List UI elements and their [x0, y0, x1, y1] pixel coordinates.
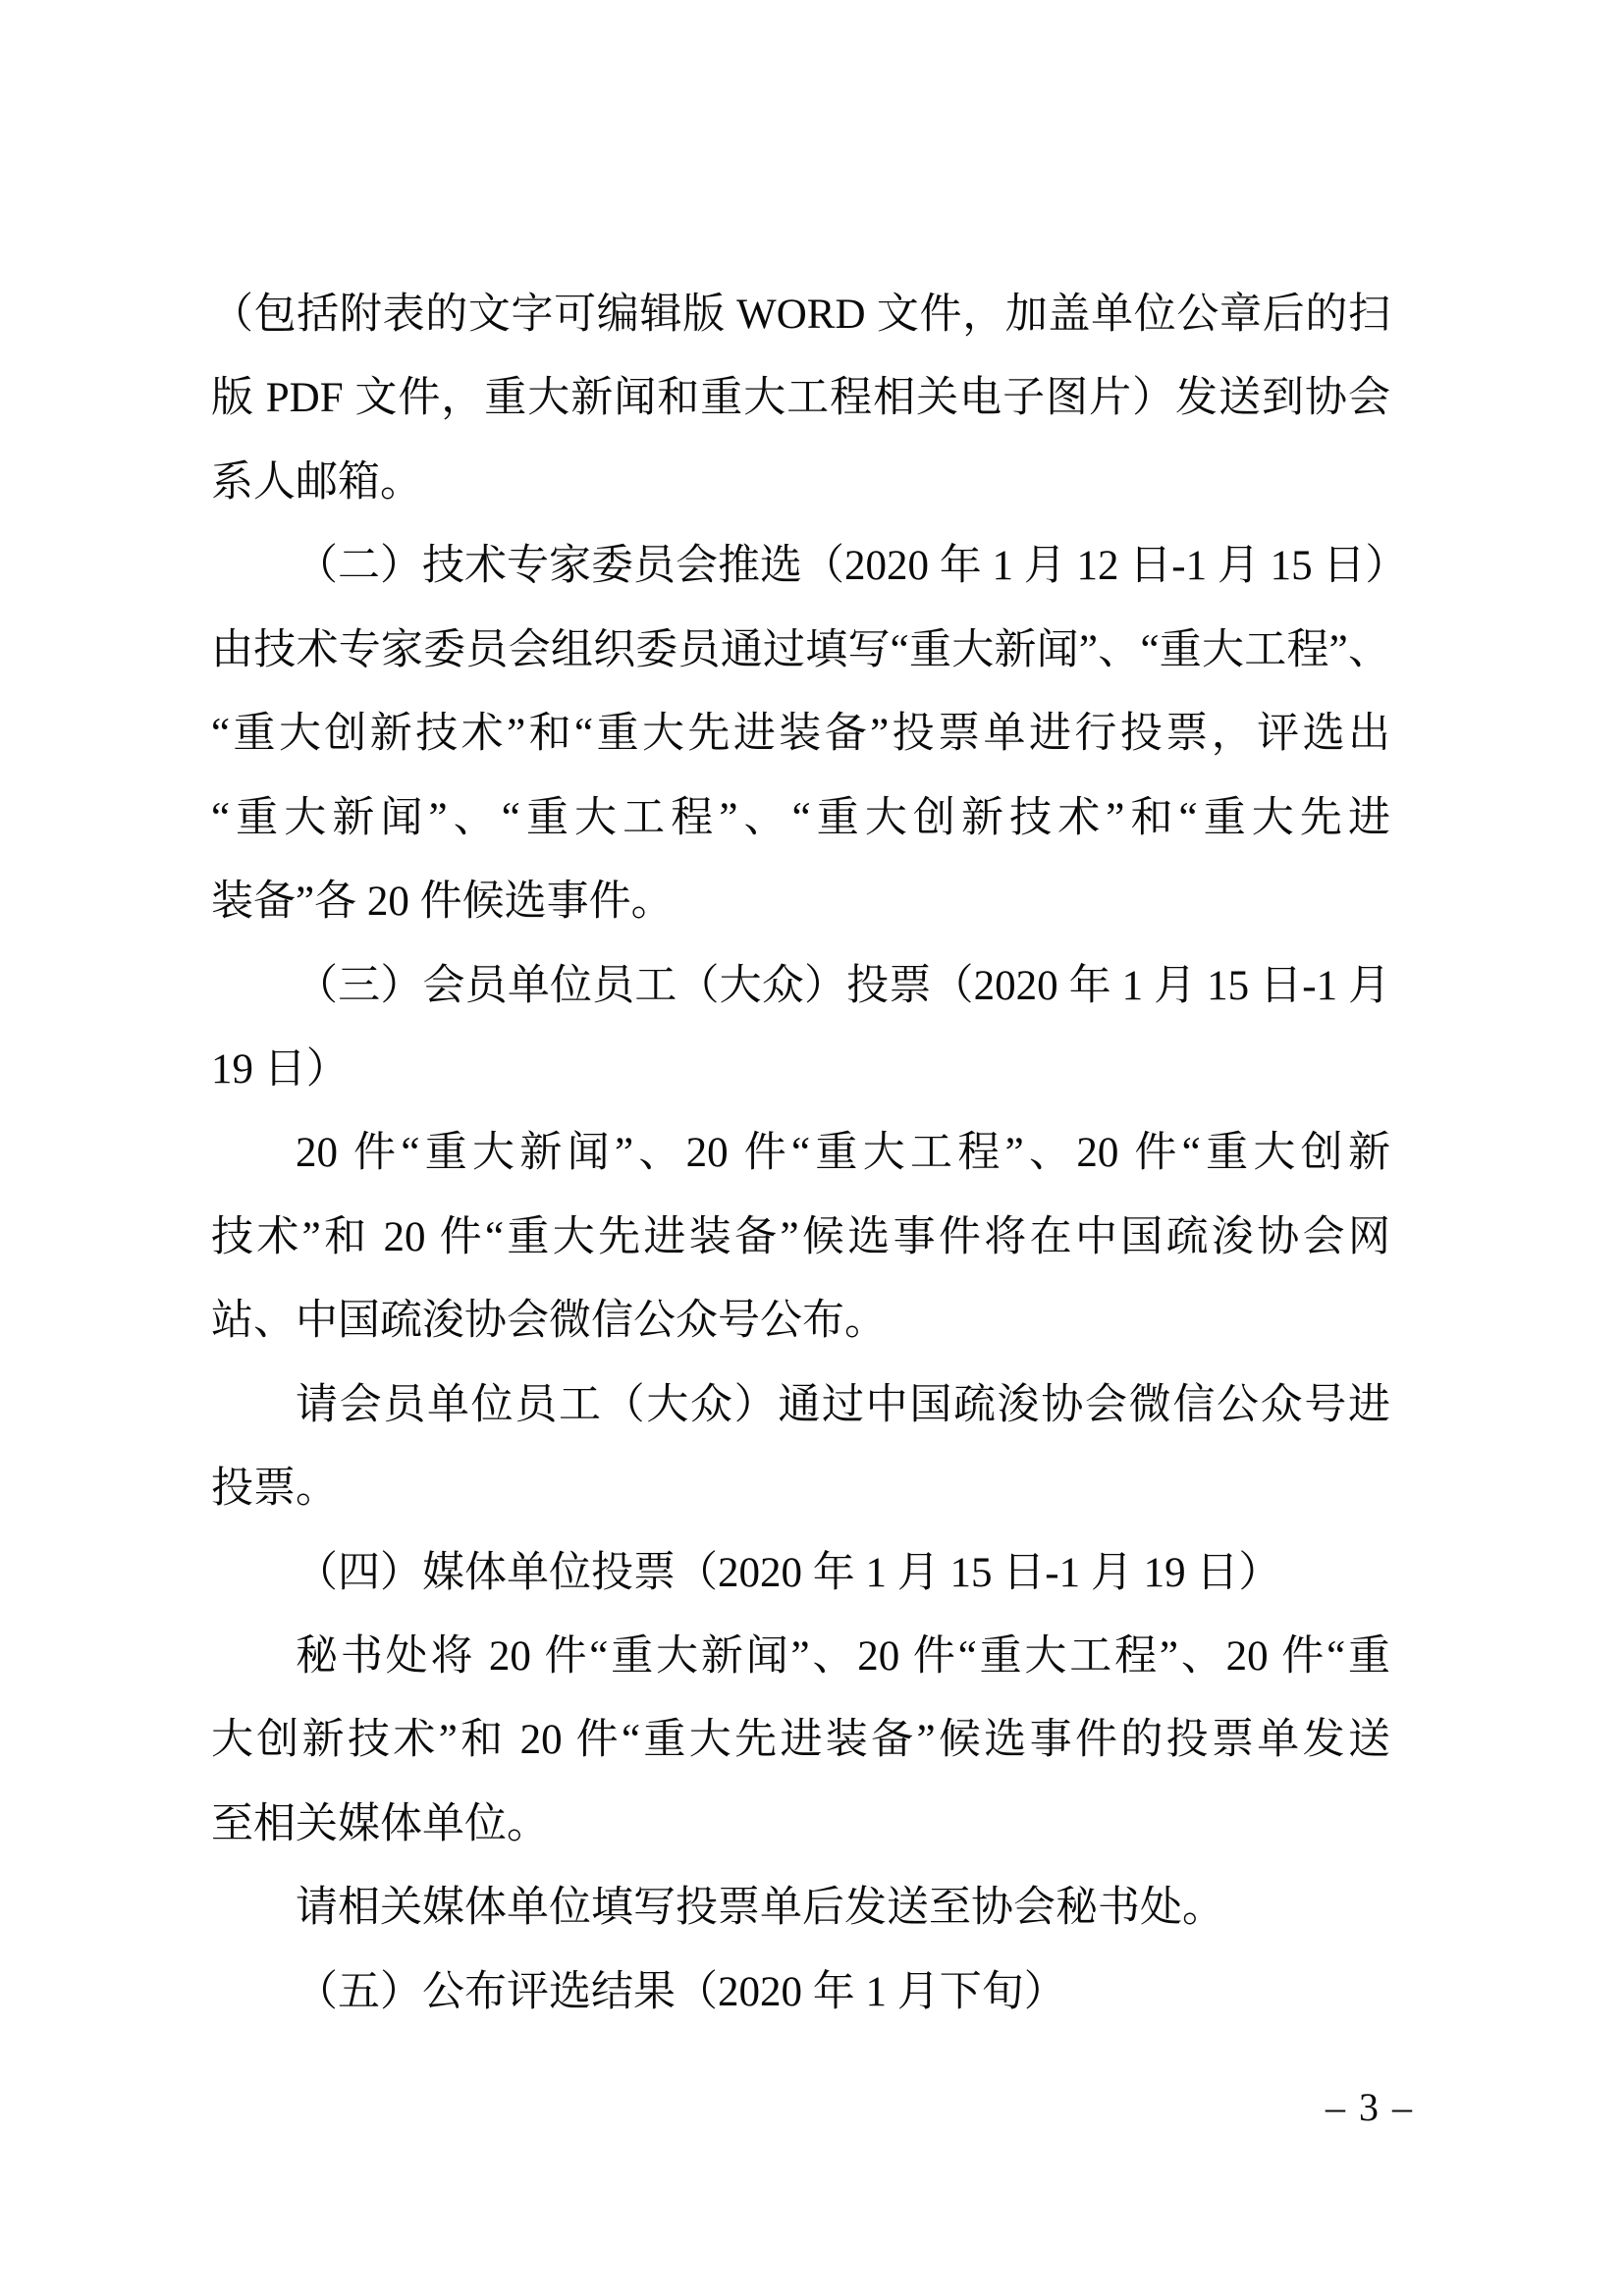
text-line: 由技术专家委员会组织委员通过填写“重大新闻”、“重大工程”、 [211, 609, 1390, 692]
text-line: （包括附表的文字可编辑版 WORD 文件，加盖单位公章后的扫描 [211, 273, 1390, 356]
text-line: 装备”各 20 件候选事件。 [211, 860, 1390, 943]
document-page: （包括附表的文字可编辑版 WORD 文件，加盖单位公章后的扫描版 PDF 文件，… [0, 0, 1624, 2296]
text-line: 站、中国疏浚协会微信公众号公布。 [211, 1279, 1390, 1362]
text-line: （五）公布评选结果（2020 年 1 月下旬） [211, 1950, 1390, 2034]
text-line: 投票。 [211, 1447, 1390, 1530]
text-line: 技术”和 20 件“重大先进装备”候选事件将在中国疏浚协会网 [211, 1196, 1390, 1279]
text-line: （四）媒体单位投票（2020 年 1 月 15 日-1 月 19 日） [211, 1531, 1390, 1615]
text-line: 20 件“重大新闻”、20 件“重大工程”、20 件“重大创新 [211, 1111, 1390, 1195]
text-line: 请相关媒体单位填写投票单后发送至协会秘书处。 [211, 1866, 1390, 1949]
text-line: （三）会员单位员工（大众）投票（2020 年 1 月 15 日-1 月 [211, 944, 1390, 1028]
text-line: 系人邮箱。 [211, 441, 1390, 524]
document-body: （包括附表的文字可编辑版 WORD 文件，加盖单位公章后的扫描版 PDF 文件，… [211, 273, 1390, 2034]
text-line: “重大新闻”、“重大工程”、“重大创新技术”和“重大先进 [211, 776, 1390, 860]
text-line: 版 PDF 文件，重大新闻和重大工程相关电子图片）发送到协会联 [211, 356, 1390, 440]
text-line: “重大创新技术”和“重大先进装备”投票单进行投票，评选出 [211, 692, 1390, 775]
text-line: 秘书处将 20 件“重大新闻”、20 件“重大工程”、20 件“重 [211, 1615, 1390, 1698]
text-line: 至相关媒体单位。 [211, 1783, 1390, 1866]
page-number: – 3 – [1306, 2073, 1434, 2142]
text-line: 请会员单位员工（大众）通过中国疏浚协会微信公众号进行 [211, 1363, 1390, 1447]
text-line: 大创新技术”和 20 件“重大先进装备”候选事件的投票单发送 [211, 1698, 1390, 1782]
text-line: （二）技术专家委员会推选（2020 年 1 月 12 日-1 月 15 日） [211, 524, 1390, 608]
text-line: 19 日） [211, 1028, 1390, 1111]
